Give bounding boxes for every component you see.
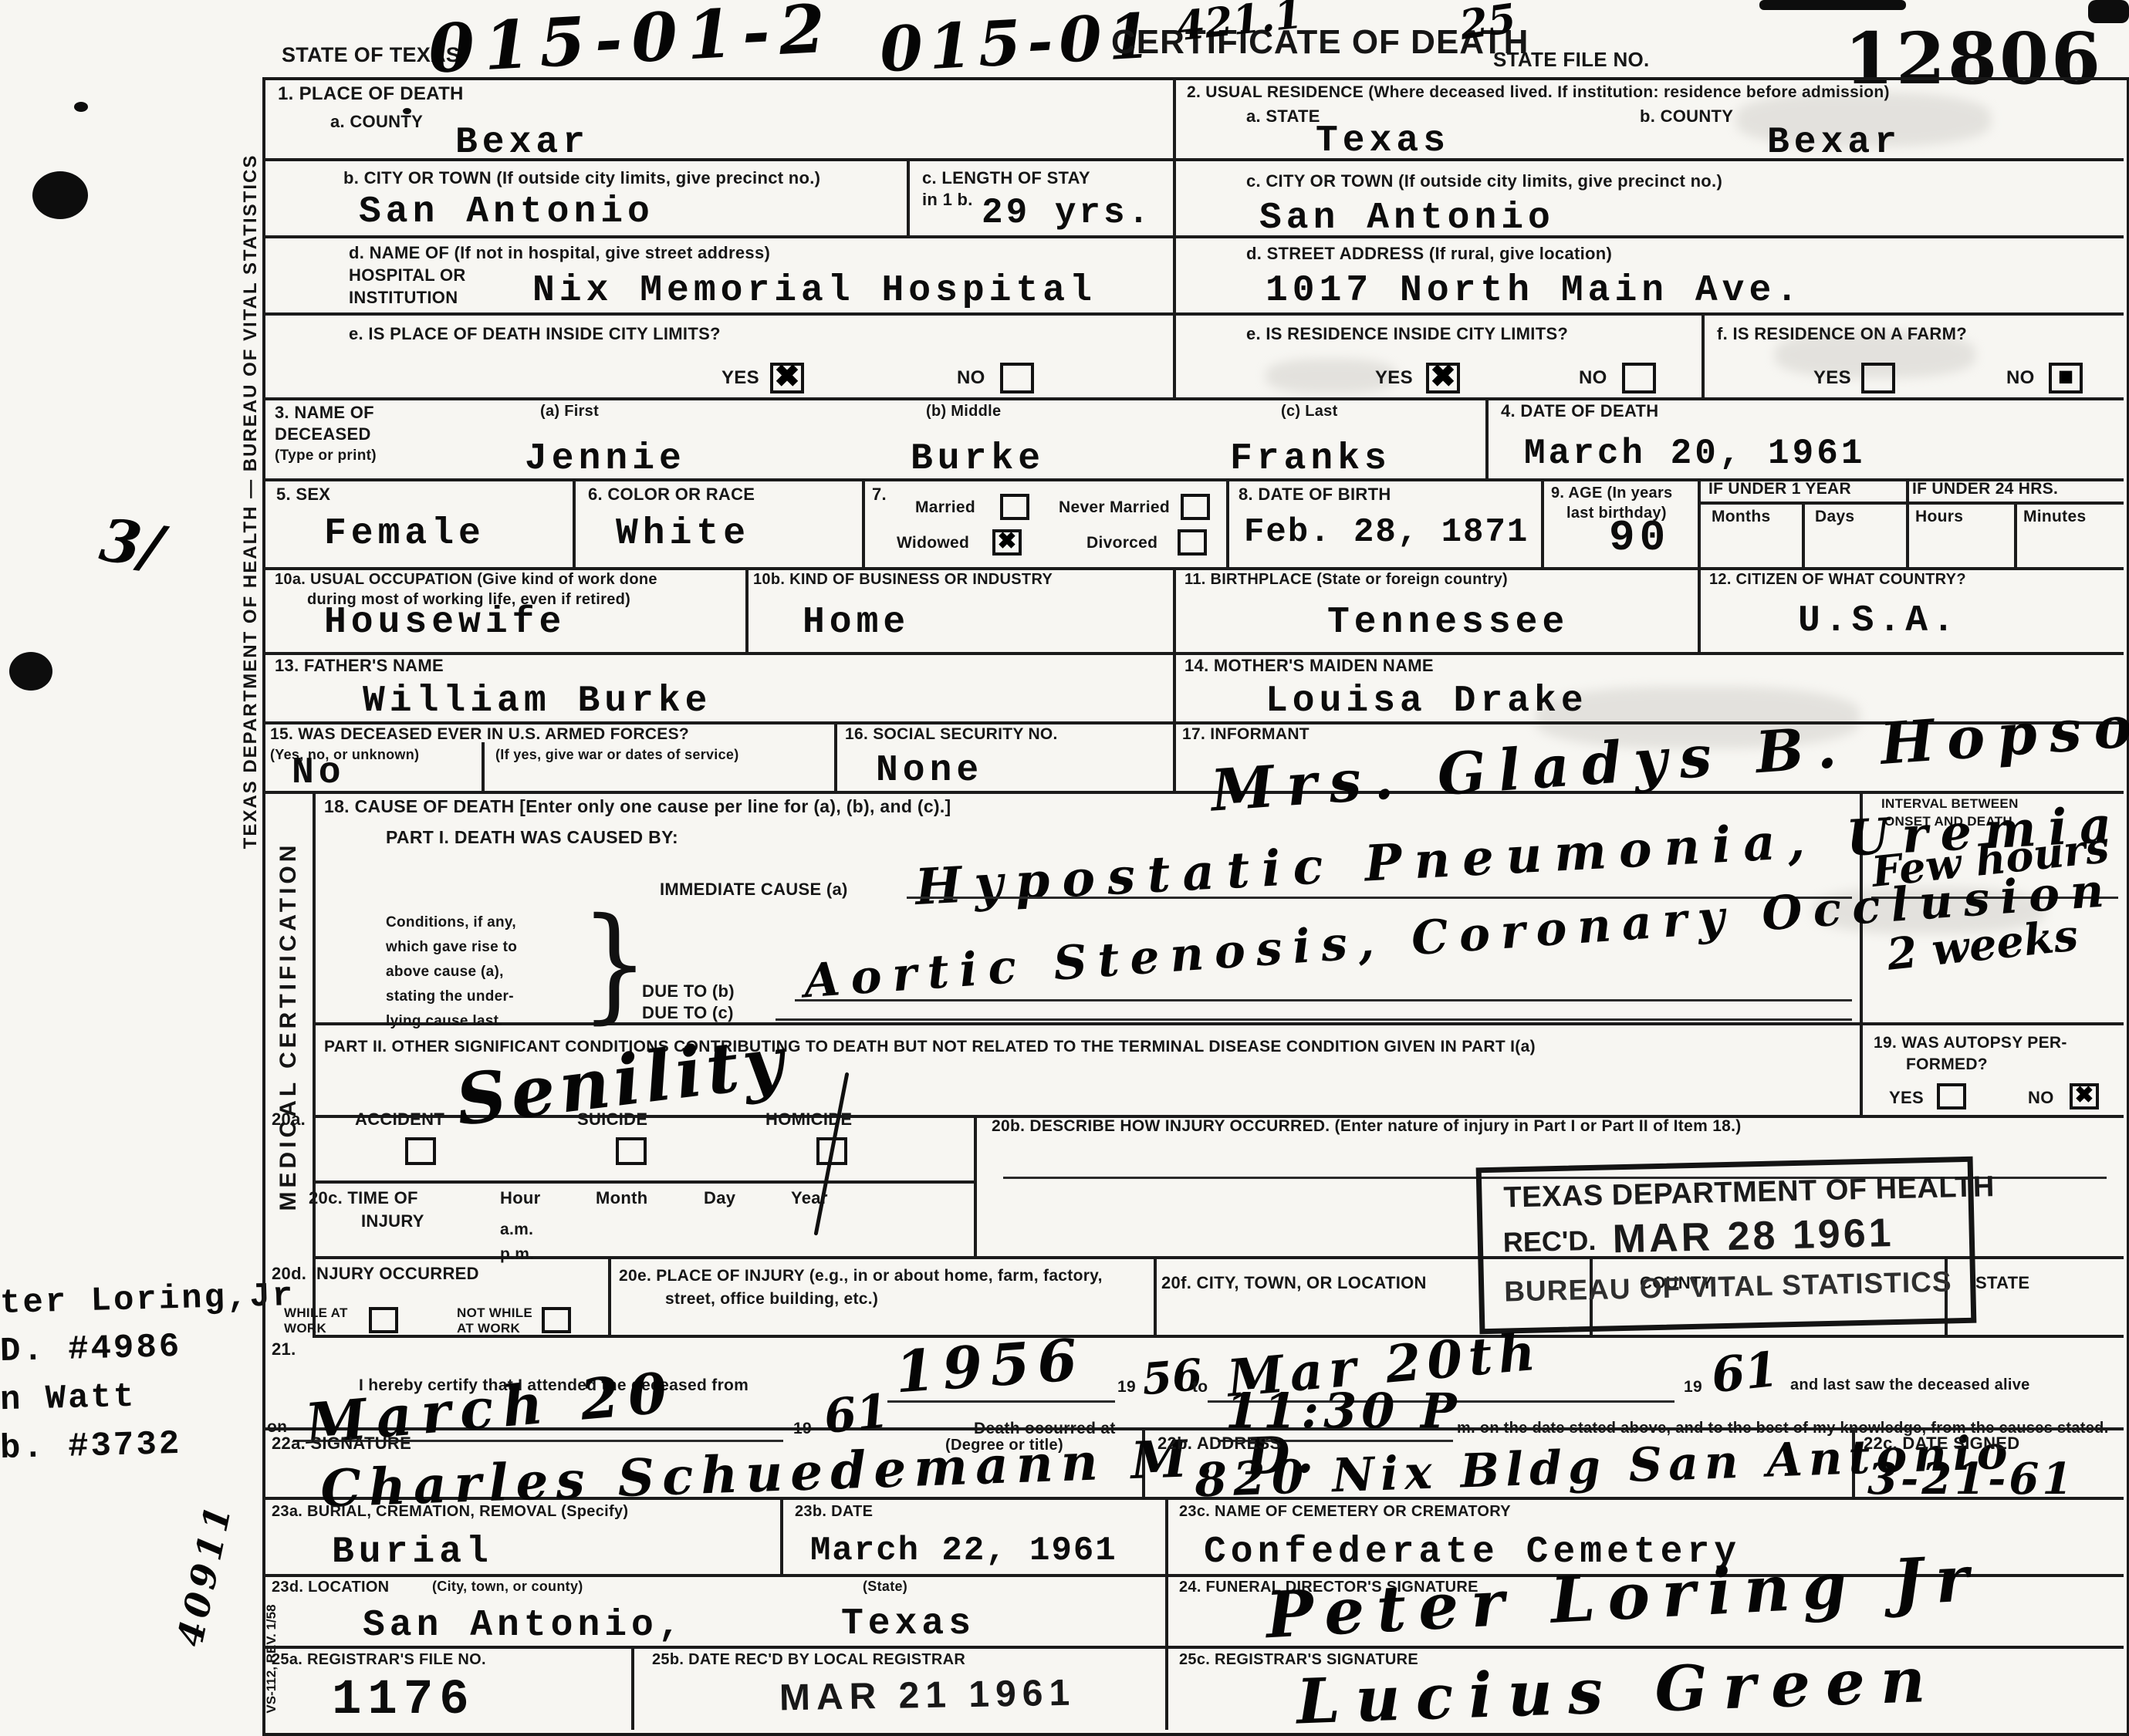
death-certificate-scan: STATE OF TEXAS 015-01-2 015-01 CERTIFICA… [0, 0, 2129, 1736]
grid-line [262, 312, 2124, 316]
residence-state-label: a. STATE [1246, 106, 1320, 127]
armed-forces-label: 15. WAS DECEASED EVER IN U.S. ARMED FORC… [270, 725, 689, 744]
widowed-checkbox: ✖ [992, 529, 1022, 556]
grid-line [262, 235, 2124, 238]
last-name-value: Franks [1230, 438, 1391, 480]
street-address-value: 1017 North Main Ave. [1266, 270, 1803, 312]
section2-title: 2. USUAL RESIDENCE (Where deceased lived… [1187, 83, 1890, 102]
grid-line [1698, 502, 2124, 505]
grid-line [1165, 1497, 1168, 1574]
grid-line [1226, 478, 1229, 567]
stamp-line1: TEXAS DEPARTMENT OF HEALTH [1503, 1170, 1995, 1214]
grid-line [1173, 652, 1176, 721]
grid-line [1165, 1574, 1168, 1646]
widowed-label: Widowed [897, 534, 969, 552]
grid-line [862, 478, 865, 567]
grid-line [1173, 77, 1176, 397]
day-label: Day [704, 1188, 735, 1208]
checkmark: ✖ [995, 532, 1019, 551]
due-to-c-label: DUE TO (c) [642, 1003, 734, 1023]
burial-location-label: 23d. LOCATION [272, 1579, 389, 1596]
grid-line [262, 652, 2124, 655]
handwritten-margin-mark: 3/ [96, 505, 167, 582]
color-or-race-label: 6. COLOR OR RACE [588, 485, 755, 505]
year-label: Year [791, 1188, 828, 1208]
grid-line [1698, 478, 1701, 567]
residence-county-label: b. COUNTY [1640, 106, 1733, 127]
conditions-brace: } [580, 892, 649, 1036]
grid-line [2014, 502, 2017, 567]
city-or-town-label: b. CITY OR TOWN (If outside city limits,… [343, 168, 820, 188]
writing-line [887, 1400, 1115, 1403]
no-label: NO [2028, 1088, 2054, 1108]
hospital-name-label: d. NAME OF (If not in hospital, give str… [349, 243, 770, 263]
not-while-at-work-checkbox [542, 1307, 571, 1333]
printed-19a: 19 [1117, 1378, 1136, 1397]
marital-status-number: 7. [872, 485, 887, 505]
date-recd-registrar-label: 25b. DATE REC'D BY LOCAL REGISTRAR [652, 1651, 965, 1669]
injury-state-label: STATE [1975, 1273, 2029, 1293]
occupation-value: Housewife [324, 602, 566, 643]
never-married-checkbox [1181, 494, 1210, 520]
city-town-county-sublabel: (City, town, or county) [432, 1579, 583, 1595]
last-name-label: (c) Last [1281, 403, 1338, 420]
stamp-date: MAR 28 1961 [1612, 1210, 1894, 1262]
grid-line [907, 158, 910, 235]
yes-label: YES [1375, 367, 1413, 389]
date-of-death-label: 4. DATE OF DEATH [1501, 401, 1658, 421]
hospital-name-label3: INSTITUTION [349, 288, 458, 308]
dept-of-health-vertical-label: TEXAS DEPARTMENT OF HEALTH — BUREAU OF V… [240, 154, 262, 849]
item-20a-number: 20a. [272, 1109, 306, 1130]
first-name-value: Jennie [525, 438, 686, 480]
handwritten-district-code: 015-01-2 [427, 0, 836, 89]
grid-line [745, 567, 749, 652]
grid-line [1906, 478, 1909, 567]
while-at-work-checkbox [369, 1307, 398, 1333]
business-industry-value: Home [803, 602, 910, 643]
autopsy-yes-checkbox [1937, 1083, 1966, 1109]
divorced-checkbox [1178, 529, 1207, 556]
fathers-name-value: William Burke [363, 681, 711, 722]
sex-value: Female [324, 513, 485, 555]
residence-city-label: c. CITY OR TOWN (If outside city limits,… [1246, 171, 1722, 191]
mothers-maiden-name-value: Louisa Drake [1266, 681, 1588, 722]
armed-forces-value: No [292, 752, 346, 794]
occupation-label: 10a. USUAL OCCUPATION (Give kind of work… [275, 571, 657, 589]
checkmark: ✖ [773, 366, 801, 387]
checkmark: ✖ [2073, 1086, 2096, 1105]
date-of-birth-label: 8. DATE OF BIRTH [1239, 485, 1391, 505]
date-of-death-value: March 20, 1961 [1524, 434, 1865, 474]
injury-occurred-label: 20d. INJURY OCCURRED [272, 1264, 479, 1284]
death-city-limits-yes-checkbox: ✖ [770, 363, 804, 393]
state-file-no-label: STATE FILE NO. [1493, 48, 1650, 72]
describe-injury-label: 20b. DESCRIBE HOW INJURY OCCURRED. (Ente… [992, 1117, 1742, 1136]
grid-line [1173, 567, 1176, 652]
am-label: a.m. [500, 1221, 533, 1239]
attended-from-value: 1956 [893, 1327, 1086, 1407]
grid-line [631, 1646, 634, 1730]
certify-text-2: and last saw the deceased alive [1790, 1376, 2030, 1394]
writing-line [795, 999, 1852, 1001]
grid-line [313, 1180, 974, 1184]
minutes-label: Minutes [2023, 508, 2086, 526]
first-name-label: (a) First [540, 403, 599, 420]
residence-farm-label: f. IS RESIDENCE ON A FARM? [1717, 324, 1967, 344]
residence-city-limits-no-checkbox [1622, 363, 1656, 393]
grid-line [974, 1115, 977, 1256]
margin-cutoff-line: n Watt [0, 1378, 137, 1420]
divorced-label: Divorced [1086, 534, 1157, 552]
grid-line [313, 791, 316, 1335]
days-label: Days [1815, 508, 1854, 526]
armed-forces-sublabel2: (If yes, give war or dates of service) [495, 747, 739, 763]
date-of-birth-value: Feb. 28, 1871 [1244, 513, 1529, 552]
if-under-24-hrs-label: IF UNDER 24 HRS. [1912, 480, 2058, 498]
name-of-deceased-label2: DECEASED [275, 424, 371, 444]
autopsy-label1: 19. WAS AUTOPSY PER- [1874, 1034, 2067, 1052]
married-checkbox [1000, 494, 1029, 520]
registrar-file-no-value: 1176 [332, 1673, 475, 1728]
name-of-deceased-label3: (Type or print) [275, 448, 377, 464]
length-of-stay-sublabel: in 1 b. [922, 190, 973, 210]
county-value: Bexar [455, 122, 590, 164]
yes-label: YES [1813, 367, 1851, 389]
age-label: 9. AGE (In years [1551, 485, 1672, 502]
address-label: 22b. ADDRESS [1157, 1434, 1282, 1454]
margin-cutoff-line: b. #3732 [0, 1425, 182, 1468]
burial-date-label: 23b. DATE [795, 1503, 873, 1521]
name-of-deceased-label: 3. NAME OF [275, 403, 374, 423]
grid-line [262, 567, 2124, 570]
injury-city-label: 20f. CITY, TOWN, OR LOCATION [1161, 1273, 1427, 1293]
conditions-note1: Conditions, if any, [386, 914, 516, 931]
grid-line [1154, 1256, 1157, 1335]
conditions-note4: stating the under- [386, 988, 514, 1005]
printed-19c: 19 [793, 1420, 812, 1438]
autopsy-label2: FORMED? [1906, 1055, 1988, 1074]
citizen-label: 12. CITIZEN OF WHAT COUNTRY? [1709, 571, 1966, 589]
attended-from-year: 56 [1140, 1349, 1204, 1406]
date-recd-registrar-stamp: MAR 21 1961 [779, 1672, 1076, 1720]
accident-checkbox [405, 1137, 436, 1165]
grid-line [262, 791, 2124, 794]
cemetery-label: 23c. NAME OF CEMETERY OR CREMATORY [1179, 1503, 1511, 1521]
grid-line [573, 478, 576, 567]
autopsy-no-checkbox: ✖ [2070, 1083, 2099, 1109]
residence-city-limits-yes-checkbox: ✖ [1426, 363, 1460, 393]
hospital-value: Nix Memorial Hospital [532, 270, 1097, 312]
margin-cutoff-line: ter Loring,Jr [0, 1277, 296, 1323]
length-of-stay-label: c. LENGTH OF STAY [922, 168, 1090, 188]
place-of-injury-label2: street, office building, etc.) [665, 1290, 878, 1309]
handwritten-vertical-number: 40911 [169, 1498, 240, 1650]
grid-line [1485, 397, 1489, 478]
grid-line [313, 1335, 2124, 1338]
yes-label: YES [1889, 1088, 1924, 1108]
grid-line [608, 1256, 611, 1335]
never-married-label: Never Married [1059, 498, 1170, 517]
while-at-work-label2: WORK [284, 1321, 326, 1336]
grid-line [262, 397, 2124, 400]
middle-name-label: (b) Middle [926, 403, 1001, 420]
grid-line [482, 742, 485, 791]
married-label: Married [915, 498, 975, 517]
not-while-at-work-label2: AT WORK [457, 1321, 520, 1336]
time-of-injury-label1: 20c. TIME OF [309, 1188, 418, 1208]
residence-city-limits-label: e. IS RESIDENCE INSIDE CITY LIMITS? [1246, 324, 1568, 344]
social-security-value: None [876, 750, 983, 792]
middle-name-value: Burke [911, 438, 1045, 480]
place-of-injury-label1: 20e. PLACE OF INJURY (e.g., in or about … [619, 1267, 1103, 1285]
scan-ink-blob [32, 171, 88, 219]
suicide-label: SUICIDE [577, 1109, 647, 1130]
grid-line [1165, 1646, 1168, 1730]
registrar-file-no-label: 25a. REGISTRAR'S FILE NO. [272, 1651, 486, 1669]
printed-19b: 19 [1684, 1378, 1702, 1397]
date-signed-label: 22c. DATE SIGNED [1864, 1434, 2019, 1454]
county-label: a. COUNTY [330, 112, 423, 132]
accident-label: ACCIDENT [355, 1109, 444, 1130]
age-value: 90 [1609, 513, 1670, 562]
suicide-checkbox [616, 1137, 647, 1165]
checkmark: ■ [2052, 366, 2080, 387]
conditions-note5: lying cause last. [386, 1013, 503, 1030]
no-label: NO [1579, 367, 1607, 389]
state-sublabel: (State) [863, 1579, 907, 1595]
time-of-injury-label2: INJURY [361, 1211, 424, 1231]
item-21-number: 21. [272, 1339, 296, 1359]
no-label: NO [957, 367, 985, 389]
scan-ink-blob [9, 652, 52, 691]
date-signed-value: 3-21-61 [1867, 1454, 2075, 1505]
residence-state-value: Texas [1316, 120, 1450, 162]
grid-line [1802, 502, 1805, 567]
grid-line [1702, 312, 1705, 397]
birthplace-value: Tennessee [1327, 602, 1569, 643]
conditions-note2: which gave rise to [386, 939, 517, 956]
grid-line [780, 1497, 783, 1574]
checkmark: ✖ [1429, 366, 1457, 387]
burial-date-value: March 22, 1961 [810, 1532, 1117, 1570]
social-security-label: 16. SOCIAL SECURITY NO. [845, 725, 1058, 744]
pm-label: p.m. [500, 1245, 534, 1264]
last-seen-year: 61 [822, 1384, 891, 1444]
birthplace-label: 11. BIRTHPLACE (State or foreign country… [1184, 571, 1508, 589]
due-to-b-label: DUE TO (b) [642, 981, 735, 1001]
street-address-label: d. STREET ADDRESS (If rural, give locati… [1246, 244, 1612, 264]
part1-label: PART I. DEATH WAS CAUSED BY: [386, 827, 678, 848]
no-label: NO [2006, 367, 2035, 389]
if-under-1-year-label: IF UNDER 1 YEAR [1708, 480, 1851, 498]
hour-label: Hour [500, 1188, 541, 1208]
yes-label: YES [721, 367, 759, 389]
length-of-stay-value: 29 yrs. [982, 193, 1152, 233]
color-or-race-value: White [616, 513, 750, 555]
burial-state-value: Texas [841, 1603, 975, 1645]
residence-county-value: Bexar [1767, 122, 1901, 164]
residence-city-value: San Antonio [1259, 198, 1555, 239]
residence-farm-yes-checkbox [1861, 363, 1895, 393]
conditions-note3: above cause (a), [386, 964, 504, 981]
residence-farm-no-checkbox: ■ [2049, 363, 2083, 393]
to-label: to [1192, 1378, 1208, 1397]
not-while-at-work-label1: NOT WHILE [457, 1305, 532, 1321]
mothers-maiden-name-label: 14. MOTHER'S MAIDEN NAME [1184, 656, 1434, 676]
margin-cutoff-line: D. #4986 [0, 1328, 182, 1371]
grid-line [1173, 721, 1176, 791]
attended-to-year: 61 [1708, 1341, 1780, 1404]
cause-of-death-label: 18. CAUSE OF DEATH [Enter only one cause… [324, 796, 951, 817]
scan-ink-streak [1759, 0, 1906, 10]
city-value: San Antonio [359, 191, 654, 233]
grid-line [1698, 567, 1701, 652]
citizen-value: U.S.A. [1798, 600, 1959, 642]
hospital-name-label2: HOSPITAL OR [349, 265, 466, 285]
death-city-limits-no-checkbox [1000, 363, 1034, 393]
death-city-limits-label: e. IS PLACE OF DEATH INSIDE CITY LIMITS? [349, 324, 721, 344]
grid-line [1541, 478, 1544, 567]
scan-ink-speck [74, 102, 88, 112]
section1-title: 1. PLACE OF DEATH [278, 83, 464, 105]
burial-cremation-label: 23a. BURIAL, CREMATION, REMOVAL (Specify… [272, 1503, 628, 1521]
business-industry-label: 10b. KIND OF BUSINESS OR INDUSTRY [753, 571, 1053, 589]
month-label: Month [596, 1188, 647, 1208]
burial-value: Burial [332, 1532, 493, 1573]
fathers-name-label: 13. FATHER'S NAME [275, 656, 444, 676]
informant-label: 17. INFORMANT [1182, 725, 1310, 744]
stamp-line3: BUREAU OF VITAL STATISTICS [1504, 1265, 1952, 1308]
while-at-work-label1: WHILE AT [284, 1305, 348, 1321]
handwritten-file-code: 25 [1457, 0, 1519, 49]
hours-label: Hours [1915, 508, 1963, 526]
months-label: Months [1712, 508, 1770, 526]
signature-label: 22a. SIGNATURE [272, 1434, 411, 1454]
sex-label: 5. SEX [276, 485, 330, 505]
burial-city-value: San Antonio, [363, 1605, 685, 1646]
received-stamp: TEXAS DEPARTMENT OF HEALTH REC'D. MAR 28… [1476, 1157, 1977, 1335]
stamp-recd: REC'D. [1502, 1224, 1597, 1259]
grid-line [834, 721, 837, 791]
writing-line [776, 1018, 1852, 1021]
immediate-cause-label: IMMEDIATE CAUSE (a) [660, 880, 848, 900]
